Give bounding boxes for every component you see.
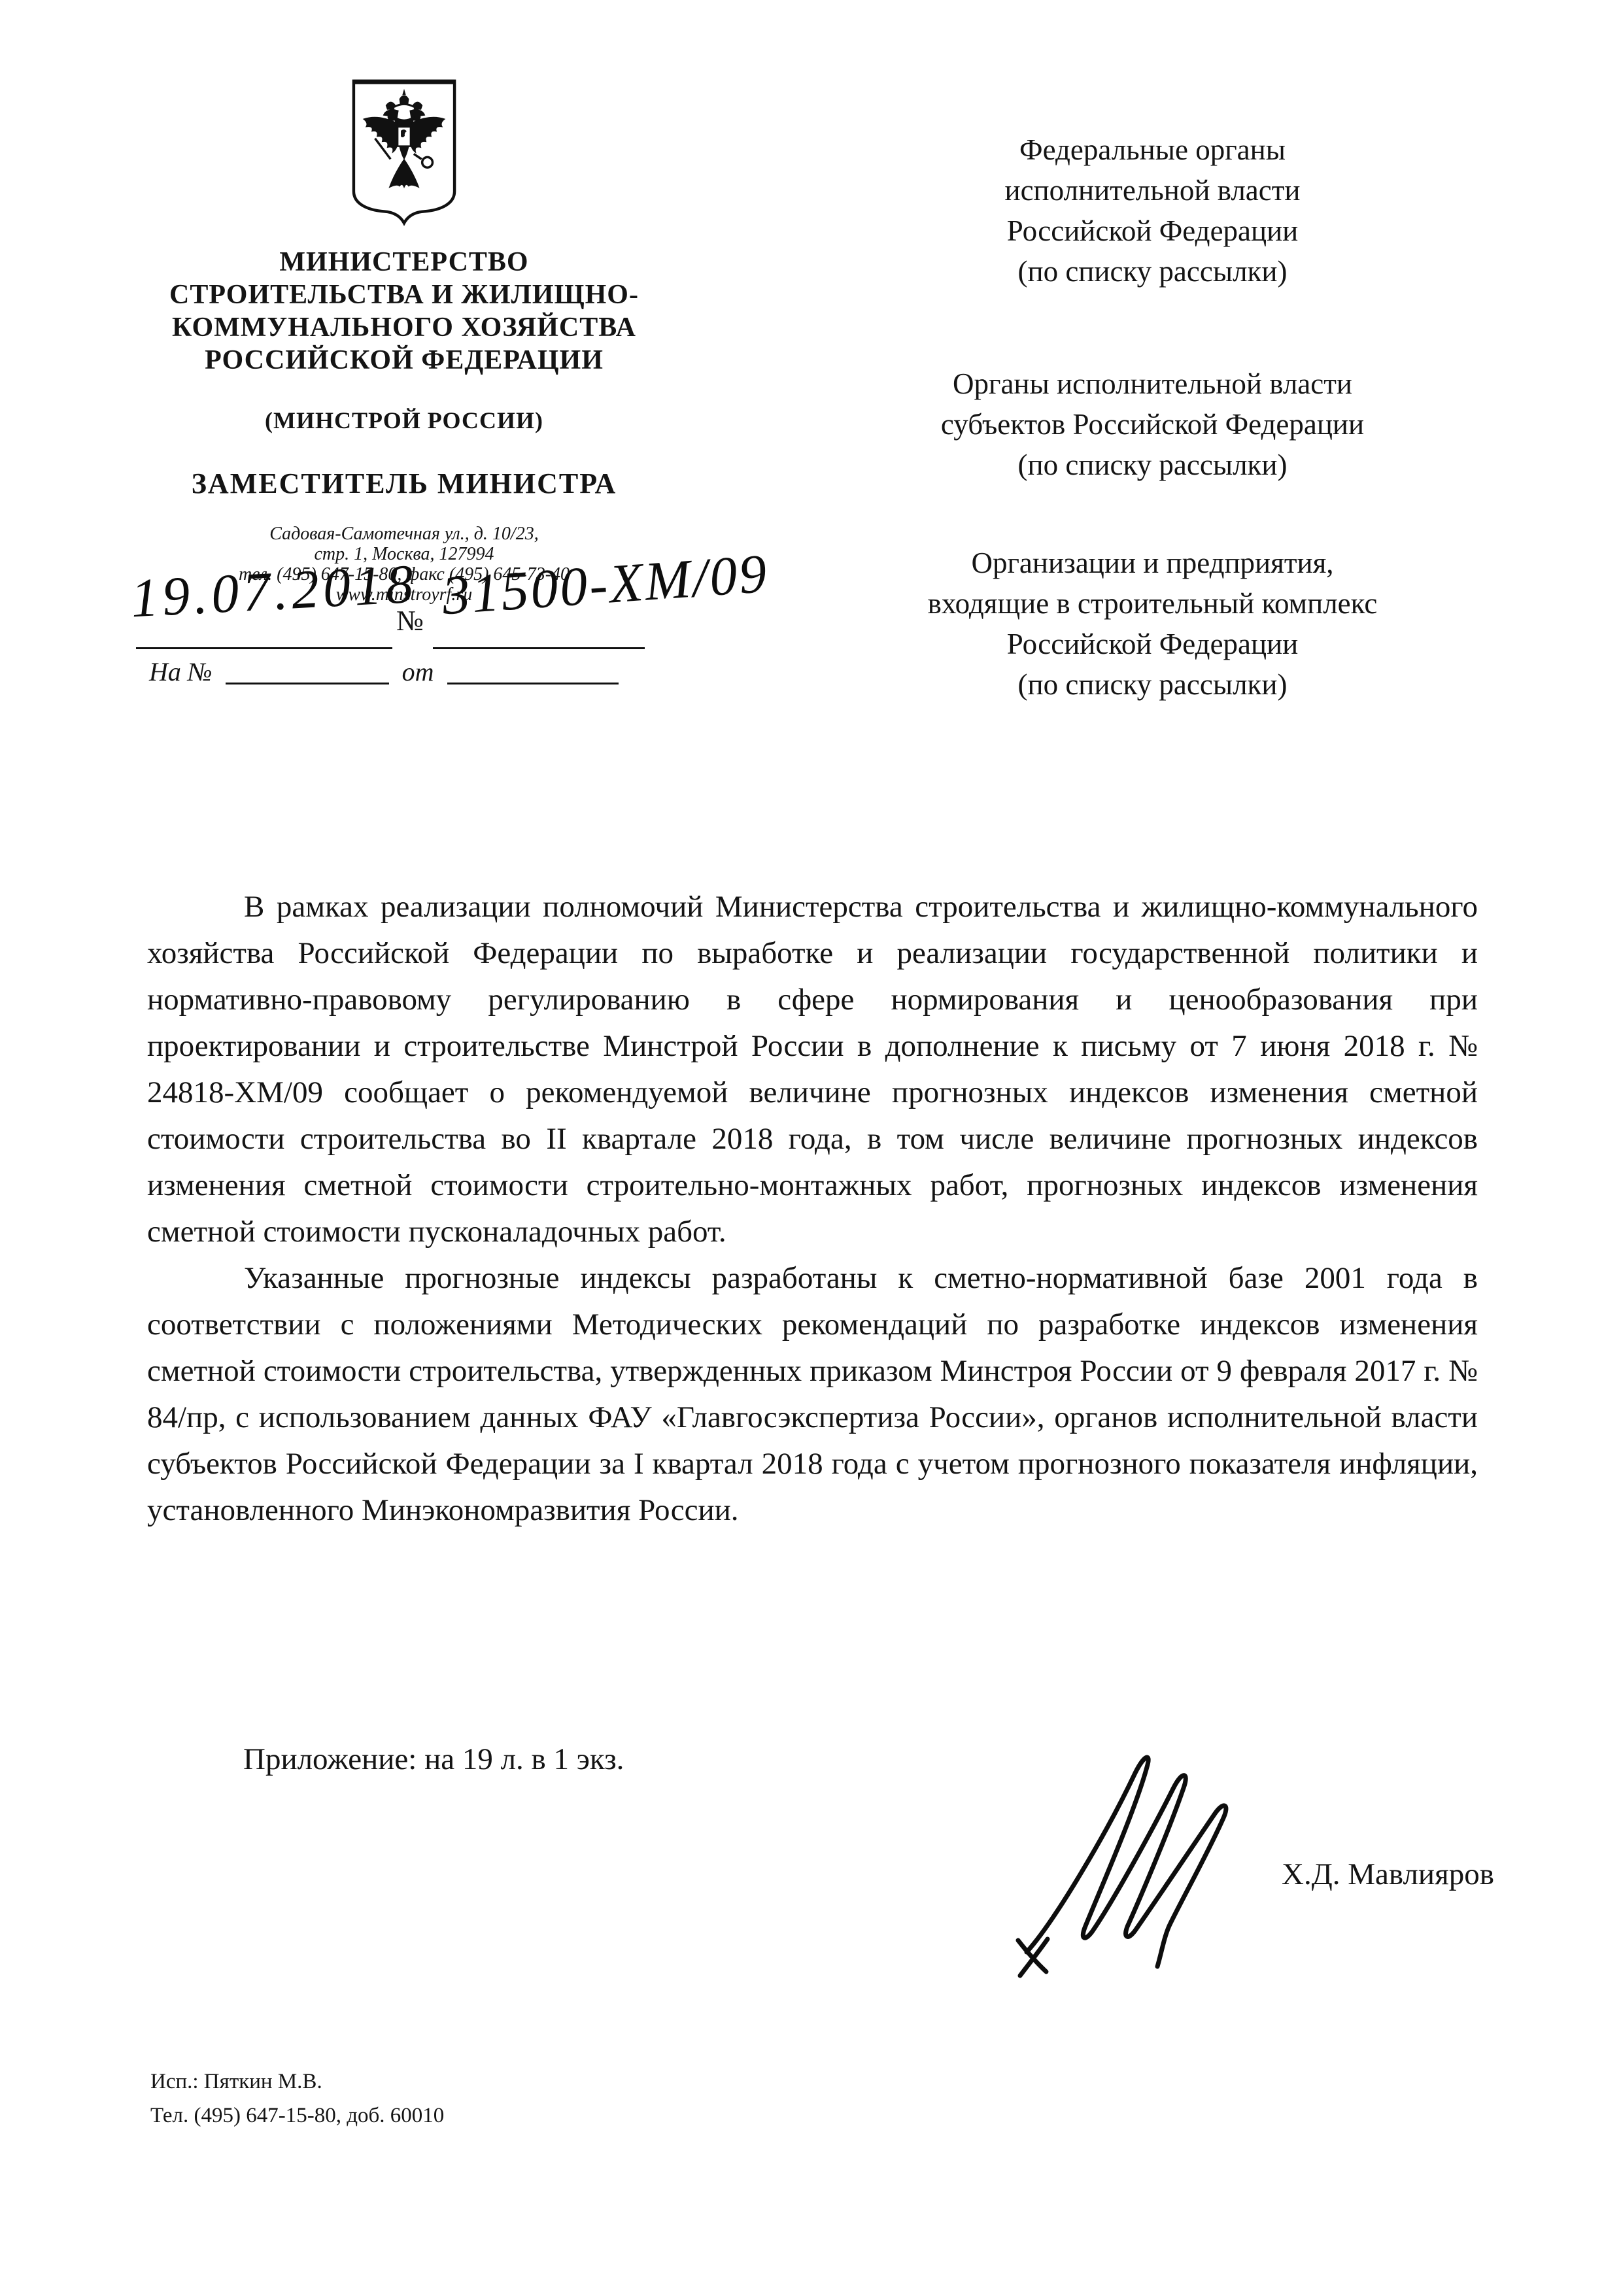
signer-name: Х.Д. Мавлияров: [1282, 1857, 1494, 1892]
reply-number-blank: [226, 683, 389, 684]
attachment-note: Приложение: на 19 л. в 1 экз.: [243, 1742, 624, 1777]
signer-position-title: ЗАМЕСТИТЕЛЬ МИНИСТРА: [145, 467, 663, 500]
date-underline: [136, 647, 392, 649]
recipient-regional-bodies: Органы исполнительной власти субъектов Р…: [814, 363, 1491, 485]
reply-prefix-label: На №: [149, 656, 213, 687]
recipient-line: входящие в строительный комплекс: [814, 583, 1491, 624]
recipient-line: (по списку рассылки): [814, 445, 1491, 485]
ministry-name-line: СТРОИТЕЛЬСТВА И ЖИЛИЩНО-: [145, 279, 663, 311]
scanned-letter-page: МИНИСТЕРСТВО СТРОИТЕЛЬСТВА И ЖИЛИЩНО- КО…: [0, 0, 1621, 2296]
recipient-line: Российской Федерации: [814, 624, 1491, 664]
recipient-line: Организации и предприятия,: [814, 543, 1491, 583]
number-sign: №: [396, 604, 424, 637]
handwritten-signature-icon: [1007, 1726, 1288, 1987]
recipients-block: Федеральные органы исполнительной власти…: [814, 129, 1491, 705]
letterhead: МИНИСТЕРСТВО СТРОИТЕЛЬСТВА И ЖИЛИЩНО- КО…: [145, 76, 663, 605]
recipient-line: исполнительной власти: [814, 170, 1491, 211]
ministry-name: МИНИСТЕРСТВО СТРОИТЕЛЬСТВА И ЖИЛИЩНО- КО…: [145, 246, 663, 377]
ministry-name-line: МИНИСТЕРСТВО: [145, 246, 663, 279]
reply-reference-line: На № от: [149, 656, 619, 687]
number-underline: [433, 647, 645, 649]
letter-body: В рамках реализации полномочий Министерс…: [147, 884, 1478, 1534]
ministry-name-line: РОССИЙСКОЙ ФЕДЕРАЦИИ: [145, 344, 663, 377]
russia-coat-of-arms-icon: [349, 76, 459, 229]
address-line: Садовая-Самотечная ул., д. 10/23,: [145, 524, 663, 544]
ministry-short-name: (МИНСТРОЙ РОССИИ): [145, 407, 663, 434]
reply-from-label: от: [402, 656, 434, 687]
body-paragraph: Указанные прогнозные индексы разработаны…: [147, 1255, 1478, 1534]
recipient-line: (по списку рассылки): [814, 251, 1491, 292]
body-paragraph: В рамках реализации полномочий Министерс…: [147, 884, 1478, 1255]
recipient-federal-bodies: Федеральные органы исполнительной власти…: [814, 129, 1491, 292]
ministry-name-line: КОММУНАЛЬНОГО ХОЗЯЙСТВА: [145, 311, 663, 344]
executor-footer: Исп.: Пяткин М.В. Тел. (495) 647-15-80, …: [150, 2065, 444, 2133]
recipient-organizations: Организации и предприятия, входящие в ст…: [814, 543, 1491, 705]
recipient-line: Органы исполнительной власти: [814, 363, 1491, 404]
recipient-line: Российской Федерации: [814, 211, 1491, 251]
executor-phone: Тел. (495) 647-15-80, доб. 60010: [150, 2099, 444, 2133]
reply-date-blank: [447, 683, 619, 684]
recipient-line: субъектов Российской Федерации: [814, 404, 1491, 445]
executor-name: Исп.: Пяткин М.В.: [150, 2065, 444, 2099]
recipient-line: Федеральные органы: [814, 129, 1491, 170]
recipient-line: (по списку рассылки): [814, 664, 1491, 705]
